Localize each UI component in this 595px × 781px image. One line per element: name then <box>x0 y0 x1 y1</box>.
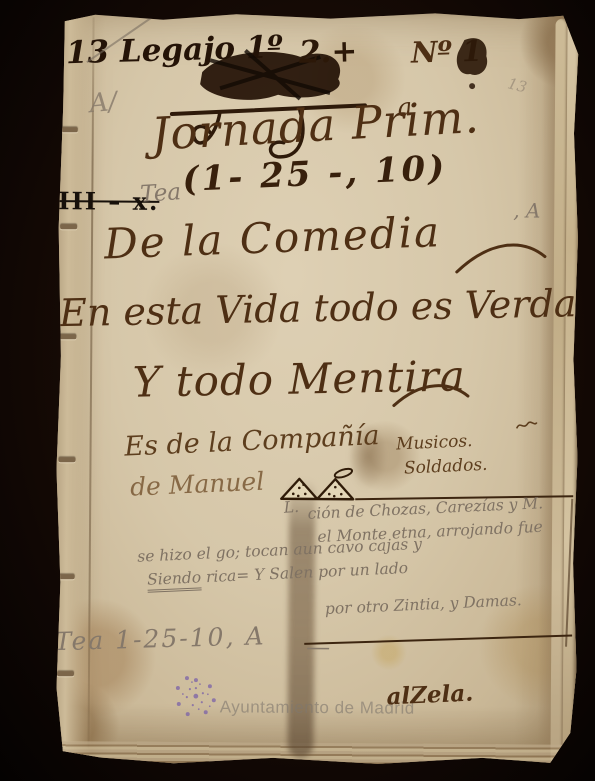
manuscript-page: 13 Legajo 1º 2.+ Nº 1 13 A/ Jornada Prim… <box>53 9 581 767</box>
crossed-number: 2.+ <box>298 33 357 71</box>
play-title-line1: En esta Vida todo es Verdad <box>59 281 595 335</box>
note-initial: L. <box>283 498 299 517</box>
binding-stitch <box>58 457 75 462</box>
stage-note-line: por otro Zintia, y Damas. <box>325 591 523 618</box>
jornada-superscript: a <box>396 92 414 122</box>
footer-dash: — <box>306 633 330 661</box>
company-line: Es de la Compañía <box>124 420 380 463</box>
margin-word-musicos: Musicos. <box>396 431 473 454</box>
binding-stitch <box>61 127 78 132</box>
binding-stitch <box>60 224 77 229</box>
number-ink-blot <box>450 34 492 94</box>
frame-rule-bottom <box>304 634 572 644</box>
bottom-page-edges <box>57 741 575 767</box>
margin-word-soldados: Soldados. <box>404 455 488 479</box>
underlined-word: Siendo <box>147 568 202 592</box>
company-owner-line: de Manuel <box>129 467 264 502</box>
pen-flourish <box>392 378 472 414</box>
binding-stitch <box>58 574 75 579</box>
bottom-inscription: alZela. <box>386 680 474 711</box>
pen-flourish <box>455 234 550 280</box>
pencil-letter-mark: A/ <box>88 87 118 120</box>
institution-watermark: Ayuntamiento de Madrid <box>220 697 415 718</box>
shelfmark-prefix: Tea <box>139 179 181 208</box>
footer-shelfmark: Tea 1-25-10, A <box>54 621 265 656</box>
binding-stitch <box>57 671 74 676</box>
pencil-folio-number: 13 <box>506 74 529 96</box>
archive-stamp-icon <box>166 666 226 726</box>
shelfmark-suffix: , A <box>513 198 540 222</box>
comedia-line: De la Comedia <box>103 207 442 268</box>
ink-scribble <box>516 418 538 432</box>
photograph-background: 13 Legajo 1º 2.+ Nº 1 13 A/ Jornada Prim… <box>0 0 595 781</box>
